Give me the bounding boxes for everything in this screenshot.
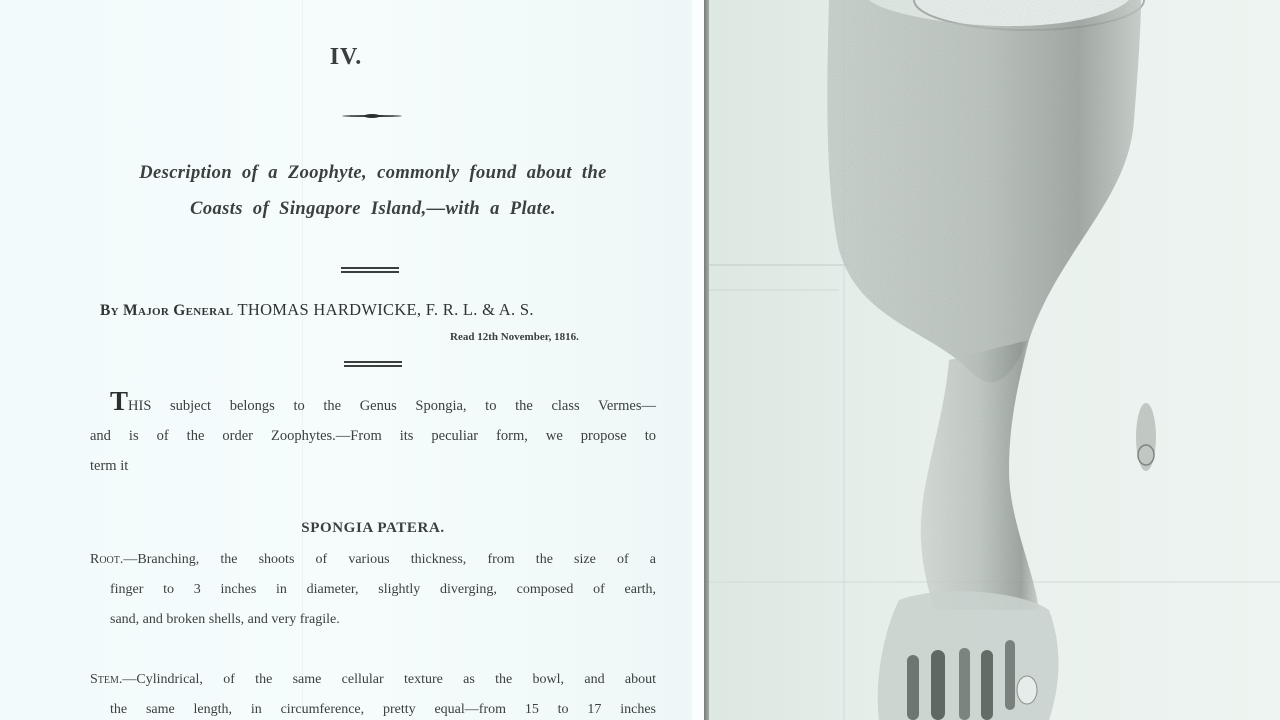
book-spread: IV. Description of a Zoophyte, commonly …	[0, 0, 1280, 720]
entry-root-line-1: Root.—Branching, the shoots of various t…	[90, 545, 656, 575]
double-rule-bottom	[344, 361, 402, 368]
double-rule-top	[341, 267, 399, 274]
article-title-line-1: Description of a Zoophyte, commonly foun…	[0, 163, 746, 184]
sponge-drawing-icon	[709, 0, 1280, 720]
byline-prefix: By Major General	[100, 302, 233, 319]
sponge-illustration	[709, 0, 1280, 720]
left-page: IV. Description of a Zoophyte, commonly …	[0, 0, 692, 720]
entry-root-line-3: sand, and broken shells, and very fragil…	[90, 605, 656, 635]
intro-line-3: term it	[90, 451, 656, 481]
entry-root: Root.—Branching, the shoots of various t…	[90, 545, 656, 635]
intro-line-2: and is of the order Zoophytes.—From its …	[90, 421, 656, 451]
article-title-line-2: Coasts of Singapore Island,—with a Plate…	[0, 199, 746, 220]
species-heading: SPONGIA PATERA.	[0, 520, 746, 537]
entry-stem-line-2: the same length, in circumference, prett…	[90, 695, 656, 720]
entry-term: Root.	[90, 552, 123, 567]
entry-root-line-2: finger to 3 inches in diameter, slightly…	[90, 575, 656, 605]
entry-stem: Stem.—Cylindrical, of the same cellular …	[90, 665, 656, 720]
entry-term: Stem.	[90, 672, 122, 687]
page-gutter-edge	[692, 0, 704, 720]
drop-cap: T	[110, 386, 128, 416]
author-byline: By Major General THOMAS HARDWICKE, F. R.…	[100, 300, 534, 320]
read-date: Read 12th November, 1816.	[450, 331, 579, 343]
chapter-number: IV.	[0, 44, 692, 71]
intro-paragraph: THIS subject belongs to the Genus Spongi…	[90, 386, 656, 481]
author-name: THOMAS HARDWICKE, F. R. L. & A. S.	[238, 300, 534, 319]
intro-line-1: THIS subject belongs to the Genus Spongi…	[90, 386, 656, 421]
ornamental-rule	[342, 114, 402, 118]
entry-stem-line-1: Stem.—Cylindrical, of the same cellular …	[90, 665, 656, 695]
